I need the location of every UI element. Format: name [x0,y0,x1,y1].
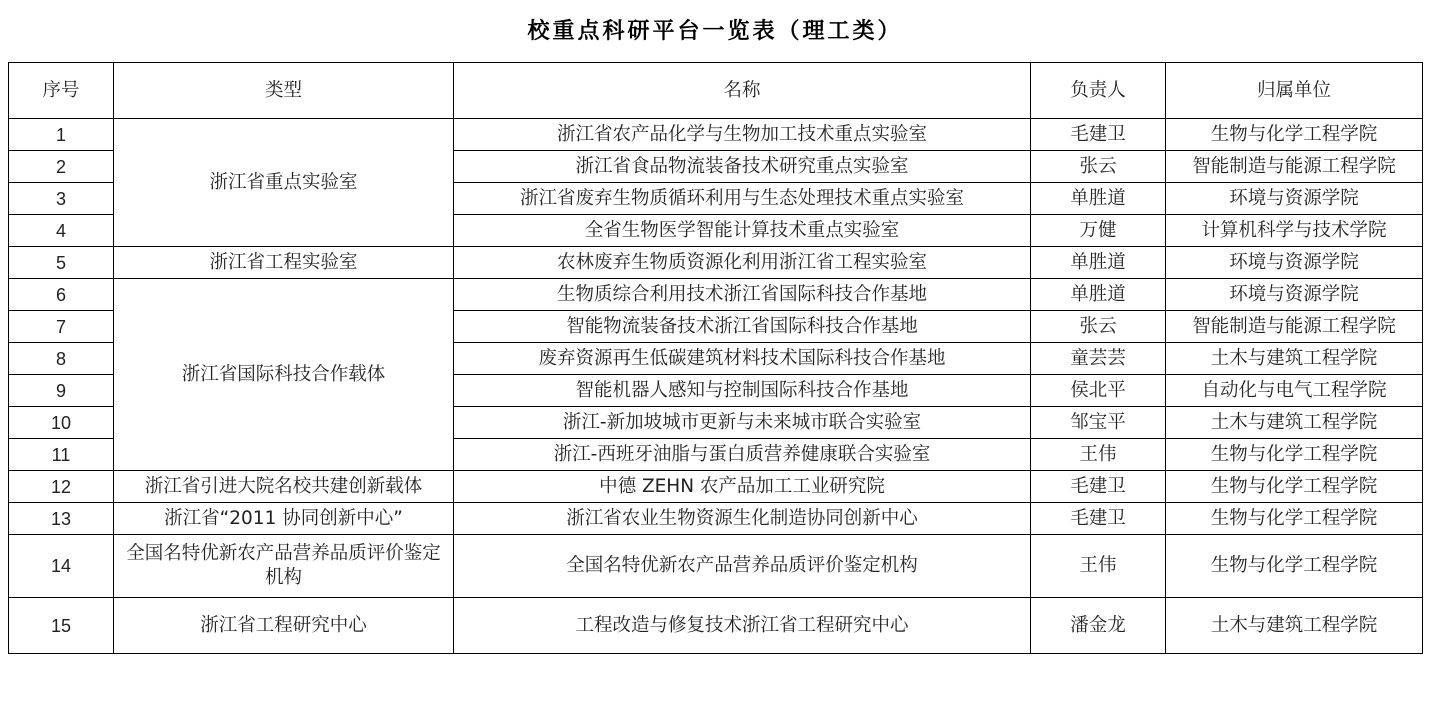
cell-name: 浙江-西班牙油脂与蛋白质营养健康联合实验室 [454,439,1031,471]
cell-no: 6 [9,279,114,311]
cell-type: 浙江省引进大院名校共建创新载体 [114,471,454,503]
cell-type: 浙江省“2011 协同创新中心” [114,503,454,535]
cell-leader: 王伟 [1031,535,1166,598]
cell-unit: 环境与资源学院 [1166,183,1423,215]
cell-unit: 自动化与电气工程学院 [1166,375,1423,407]
table-row: 14 全国名特优新农产品营养品质评价鉴定机构 全国名特优新农产品营养品质评价鉴定… [9,535,1423,598]
table-row: 5 浙江省工程实验室 农林废弃生物质资源化利用浙江省工程实验室 单胜道 环境与资… [9,247,1423,279]
cell-unit: 生物与化学工程学院 [1166,471,1423,503]
table-row: 15 浙江省工程研究中心 工程改造与修复技术浙江省工程研究中心 潘金龙 土木与建… [9,598,1423,654]
header-no: 序号 [9,63,114,119]
cell-unit: 智能制造与能源工程学院 [1166,311,1423,343]
cell-name: 浙江-新加坡城市更新与未来城市联合实验室 [454,407,1031,439]
cell-name: 智能机器人感知与控制国际科技合作基地 [454,375,1031,407]
cell-no: 12 [9,471,114,503]
cell-leader: 侯北平 [1031,375,1166,407]
cell-name: 废弃资源再生低碳建筑材料技术国际科技合作基地 [454,343,1031,375]
cell-leader: 单胜道 [1031,279,1166,311]
cell-name: 全省生物医学智能计算技术重点实验室 [454,215,1031,247]
cell-no: 10 [9,407,114,439]
cell-leader: 张云 [1031,151,1166,183]
cell-leader: 单胜道 [1031,183,1166,215]
cell-no: 5 [9,247,114,279]
cell-leader: 张云 [1031,311,1166,343]
cell-type: 浙江省国际科技合作载体 [114,279,454,471]
cell-leader: 潘金龙 [1031,598,1166,654]
table-row: 12 浙江省引进大院名校共建创新载体 中德 ZEHN 农产品加工工业研究院 毛建… [9,471,1423,503]
cell-name: 工程改造与修复技术浙江省工程研究中心 [454,598,1031,654]
cell-no: 2 [9,151,114,183]
cell-no: 15 [9,598,114,654]
cell-leader: 邹宝平 [1031,407,1166,439]
cell-unit: 土木与建筑工程学院 [1166,598,1423,654]
header-type: 类型 [114,63,454,119]
cell-name: 浙江省废弃生物质循环利用与生态处理技术重点实验室 [454,183,1031,215]
cell-unit: 环境与资源学院 [1166,247,1423,279]
page-title: 校重点科研平台一览表（理工类） [0,14,1430,45]
table-row: 13 浙江省“2011 协同创新中心” 浙江省农业生物资源生化制造协同创新中心 … [9,503,1423,535]
platform-table: 序号 类型 名称 负责人 归属单位 1 浙江省重点实验室 浙江省农产品化学与生物… [8,62,1423,654]
header-leader: 负责人 [1031,63,1166,119]
cell-no: 4 [9,215,114,247]
cell-no: 14 [9,535,114,598]
cell-type: 浙江省重点实验室 [114,119,454,247]
cell-no: 8 [9,343,114,375]
cell-no: 11 [9,439,114,471]
cell-no: 1 [9,119,114,151]
cell-leader: 单胜道 [1031,247,1166,279]
header-name: 名称 [454,63,1031,119]
cell-name: 生物质综合利用技术浙江省国际科技合作基地 [454,279,1031,311]
cell-unit: 土木与建筑工程学院 [1166,407,1423,439]
cell-no: 7 [9,311,114,343]
cell-type: 浙江省工程研究中心 [114,598,454,654]
cell-leader: 万健 [1031,215,1166,247]
cell-unit: 生物与化学工程学院 [1166,535,1423,598]
cell-leader: 毛建卫 [1031,471,1166,503]
cell-no: 3 [9,183,114,215]
cell-leader: 童芸芸 [1031,343,1166,375]
cell-leader: 王伟 [1031,439,1166,471]
table-row: 1 浙江省重点实验室 浙江省农产品化学与生物加工技术重点实验室 毛建卫 生物与化… [9,119,1423,151]
cell-name: 浙江省农产品化学与生物加工技术重点实验室 [454,119,1031,151]
cell-unit: 生物与化学工程学院 [1166,503,1423,535]
cell-type: 全国名特优新农产品营养品质评价鉴定机构 [114,535,454,598]
cell-leader: 毛建卫 [1031,503,1166,535]
cell-name: 中德 ZEHN 农产品加工工业研究院 [454,471,1031,503]
cell-unit: 计算机科学与技术学院 [1166,215,1423,247]
cell-name: 智能物流装备技术浙江省国际科技合作基地 [454,311,1031,343]
cell-no: 13 [9,503,114,535]
cell-name: 全国名特优新农产品营养品质评价鉴定机构 [454,535,1031,598]
cell-unit: 生物与化学工程学院 [1166,119,1423,151]
cell-name: 浙江省农业生物资源生化制造协同创新中心 [454,503,1031,535]
cell-type: 浙江省工程实验室 [114,247,454,279]
cell-unit: 生物与化学工程学院 [1166,439,1423,471]
cell-leader: 毛建卫 [1031,119,1166,151]
header-unit: 归属单位 [1166,63,1423,119]
cell-name: 浙江省食品物流装备技术研究重点实验室 [454,151,1031,183]
cell-unit: 智能制造与能源工程学院 [1166,151,1423,183]
cell-name: 农林废弃生物质资源化利用浙江省工程实验室 [454,247,1031,279]
header-row: 序号 类型 名称 负责人 归属单位 [9,63,1423,119]
cell-unit: 环境与资源学院 [1166,279,1423,311]
cell-no: 9 [9,375,114,407]
table-row: 6 浙江省国际科技合作载体 生物质综合利用技术浙江省国际科技合作基地 单胜道 环… [9,279,1423,311]
cell-unit: 土木与建筑工程学院 [1166,343,1423,375]
